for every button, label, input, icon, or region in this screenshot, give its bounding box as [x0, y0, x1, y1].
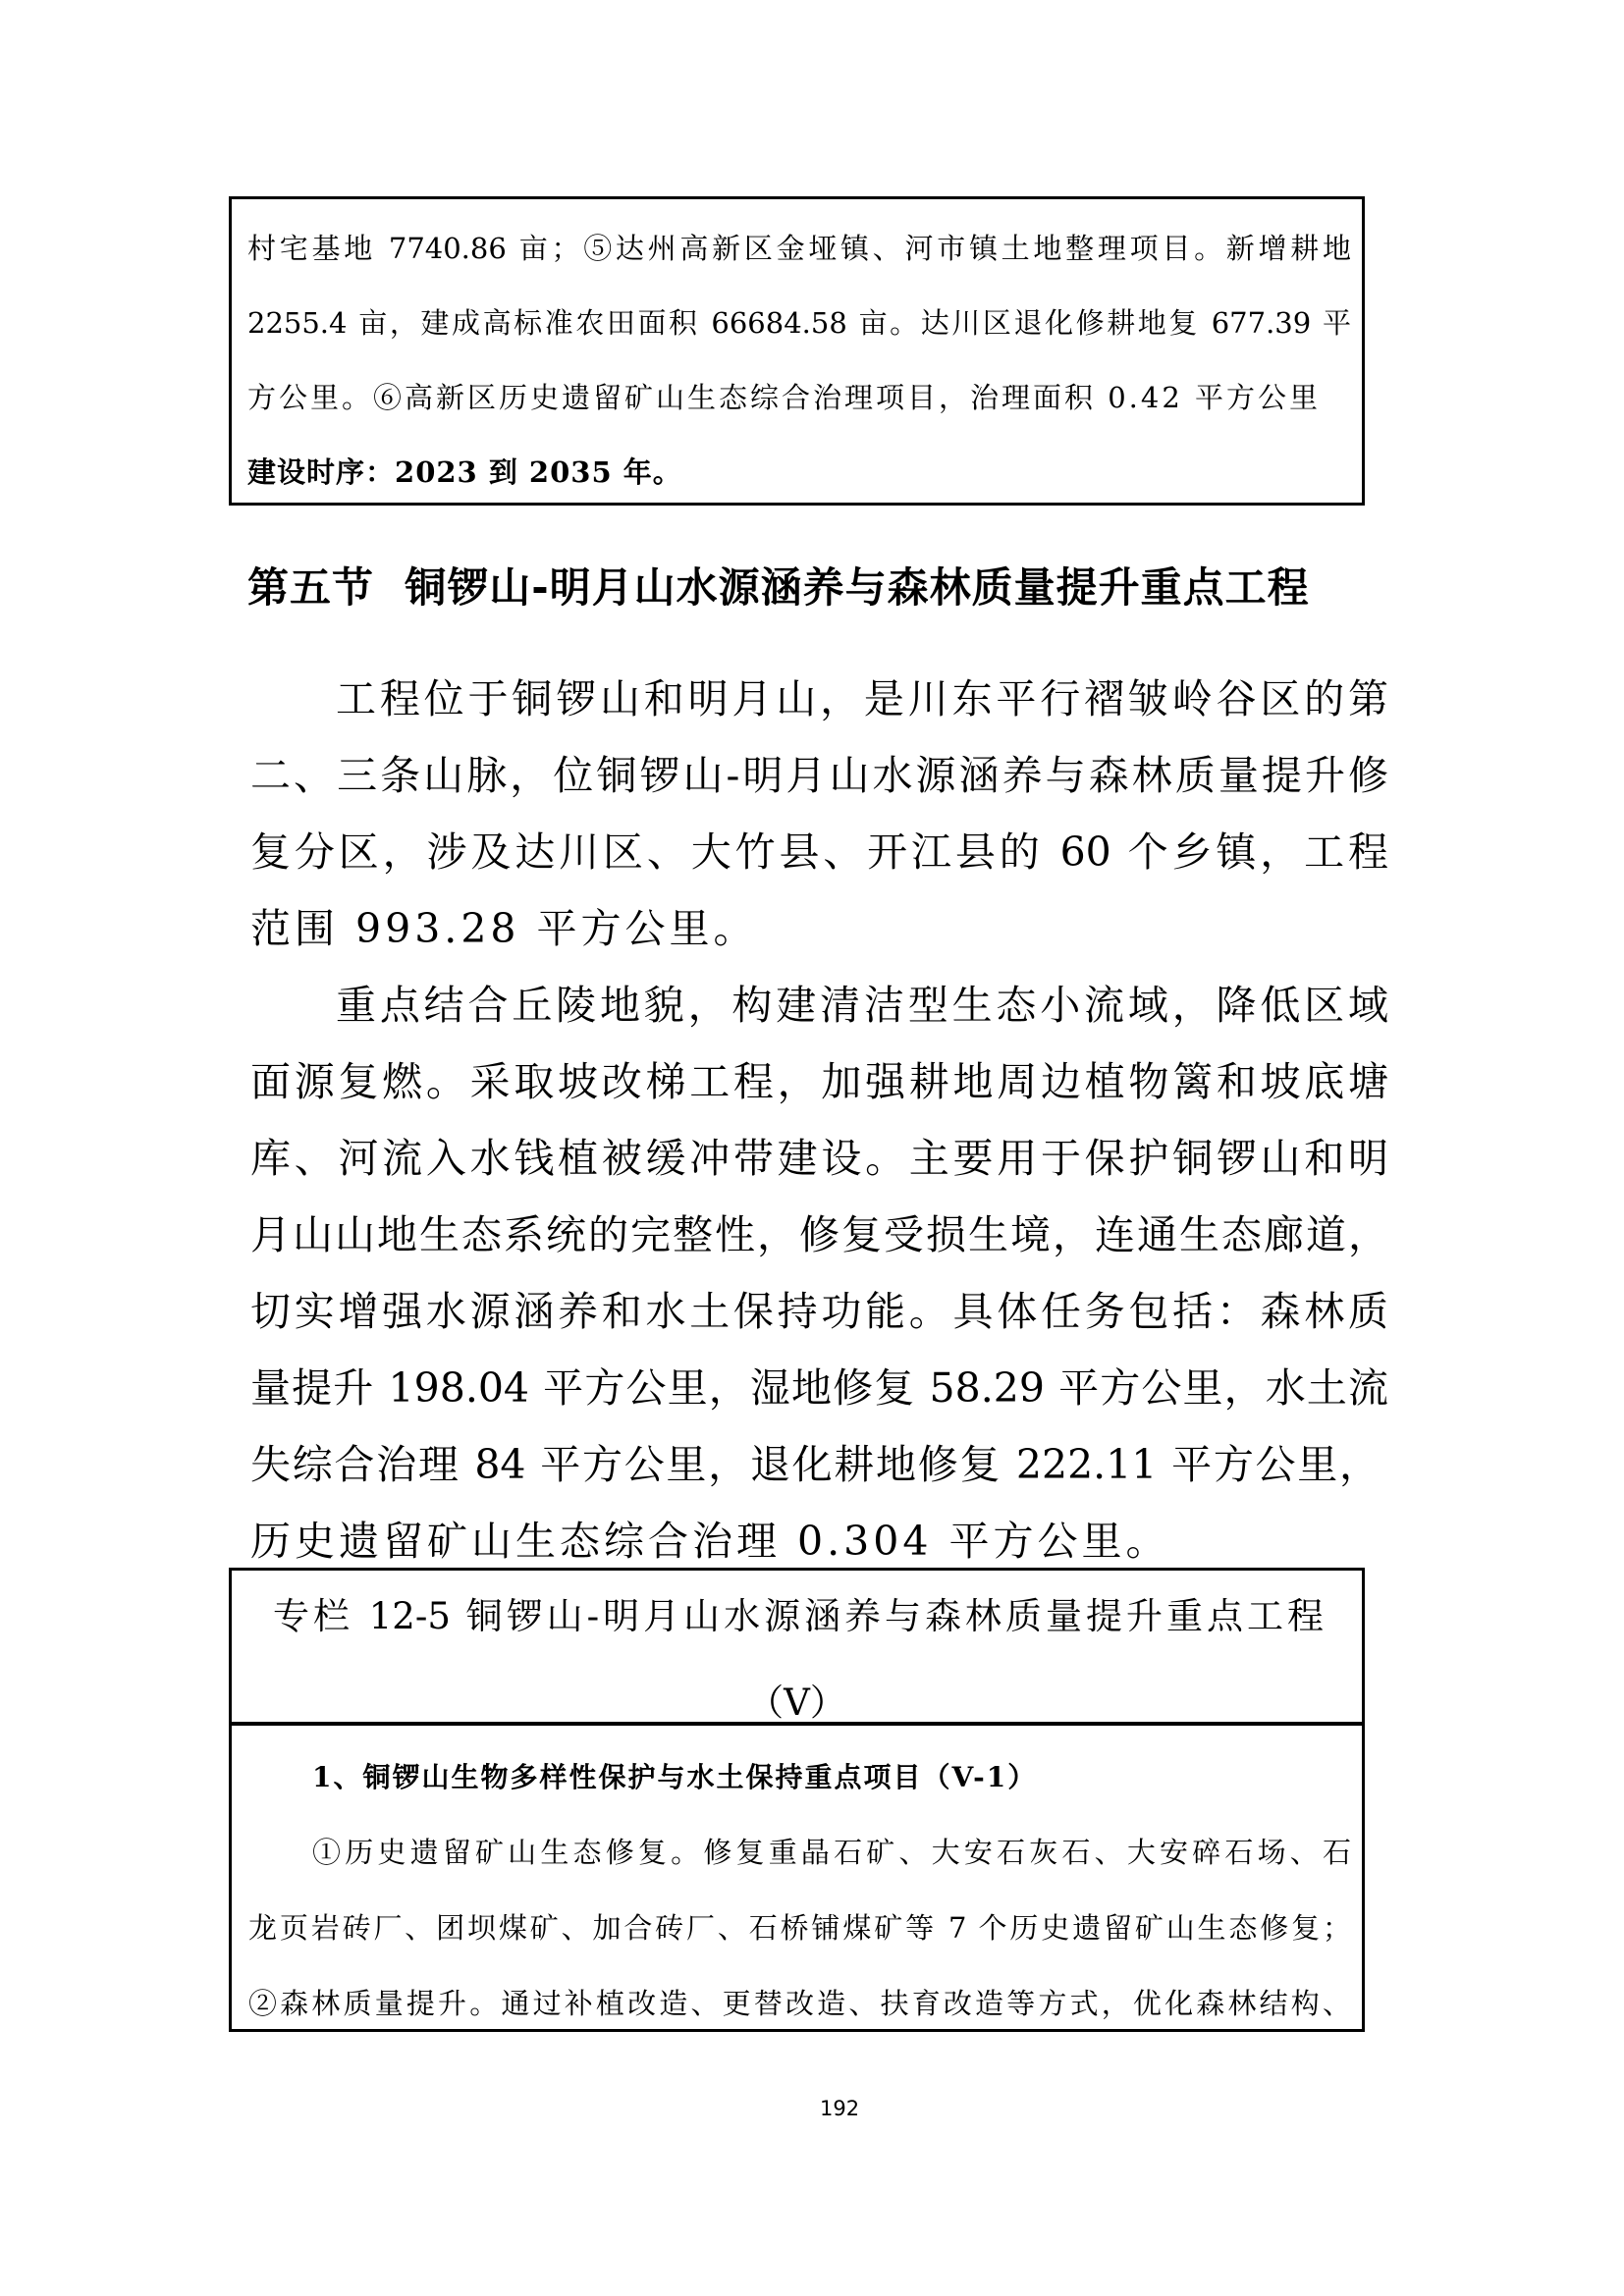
- paragraph-line: 失综合治理 84 平方公里，退化耕地修复 222.11 平方公里，: [250, 1445, 1380, 1485]
- project-item-line: 龙页岩砖厂、团坝煤矿、加合砖厂、石桥铺煤矿等 7 个历史遗留矿山生态修复；: [248, 1914, 1351, 1943]
- paragraph-line: 复分区，涉及达川区、大竹县、开江县的 60 个乡镇，工程: [250, 832, 1388, 873]
- paragraph-line: 库、河流入水钱植被缓冲带建设。主要用于保护铜锣山和明: [250, 1139, 1388, 1179]
- project-item-line: ②森林质量提升。通过补植改造、更替改造、扶育改造等方式，优化森林结构、: [248, 1990, 1351, 2018]
- paragraph-line: 月山山地生态系统的完整性，修复受损生境，连通生态廊道，: [250, 1215, 1388, 1255]
- project-heading: 1、铜锣山生物多样性保护与水土保持重点项目（V-1）: [312, 1764, 1037, 1791]
- paragraph-line: 二、三条山脉，位铜锣山-明月山水源涵养与森林质量提升修: [250, 756, 1388, 796]
- paragraph-line: 量提升 198.04 平方公里，湿地修复 58.29 平方公里，水土流: [250, 1368, 1388, 1409]
- column-box-title-suffix: （V）: [229, 1684, 1365, 1721]
- section-heading: 第五节 铜锣山-明月山水源涵养与森林质量提升重点工程: [247, 567, 1310, 609]
- project-item-line: ①历史遗留矿山生态修复。修复重晶石矿、大安石灰石、大安碎石场、石: [312, 1839, 1351, 1867]
- schedule-label: 建设时序：: [247, 455, 395, 489]
- paragraph-line: 重点结合丘陵地貌，构建清洁型生态小流域，降低区域: [336, 986, 1388, 1026]
- page-number: 192: [820, 2097, 859, 2120]
- paragraph-line: 范围 993.28 平方公里。: [250, 909, 758, 949]
- box-text-line: 方公里。⑥高新区历史遗留矿山生态综合治理项目，治理面积 0.42 平方公里: [247, 384, 1351, 412]
- paragraph-line: 历史遗留矿山生态综合治理 0.304 平方公里。: [250, 1522, 1169, 1562]
- box-text-line: 2255.4 亩，建成高标准农田面积 66684.58 亩。达川区退化修耕地复 …: [247, 309, 1351, 338]
- box-text-line: 村宅基地 7740.86 亩；⑤达州高新区金垭镇、河市镇土地整理项目。新增耕地: [247, 235, 1351, 263]
- construction-schedule: 建设时序：2023 到 2035 年。: [247, 458, 682, 487]
- paragraph-line: 切实增强水源涵养和水土保持功能。具体任务包括：森林质: [250, 1292, 1388, 1332]
- schedule-value: 2023 到 2035 年。: [395, 455, 682, 489]
- column-box-title: 专栏 12-5 铜锣山-明月山水源涵养与森林质量提升重点工程: [273, 1598, 1324, 1634]
- paragraph-line: 工程位于铜锣山和明月山，是川东平行褶皱岭谷区的第: [336, 679, 1388, 720]
- paragraph-line: 面源复燃。采取坡改梯工程，加强耕地周边植物篱和坡底塘: [250, 1062, 1388, 1102]
- column-box-divider: [229, 1722, 1365, 1726]
